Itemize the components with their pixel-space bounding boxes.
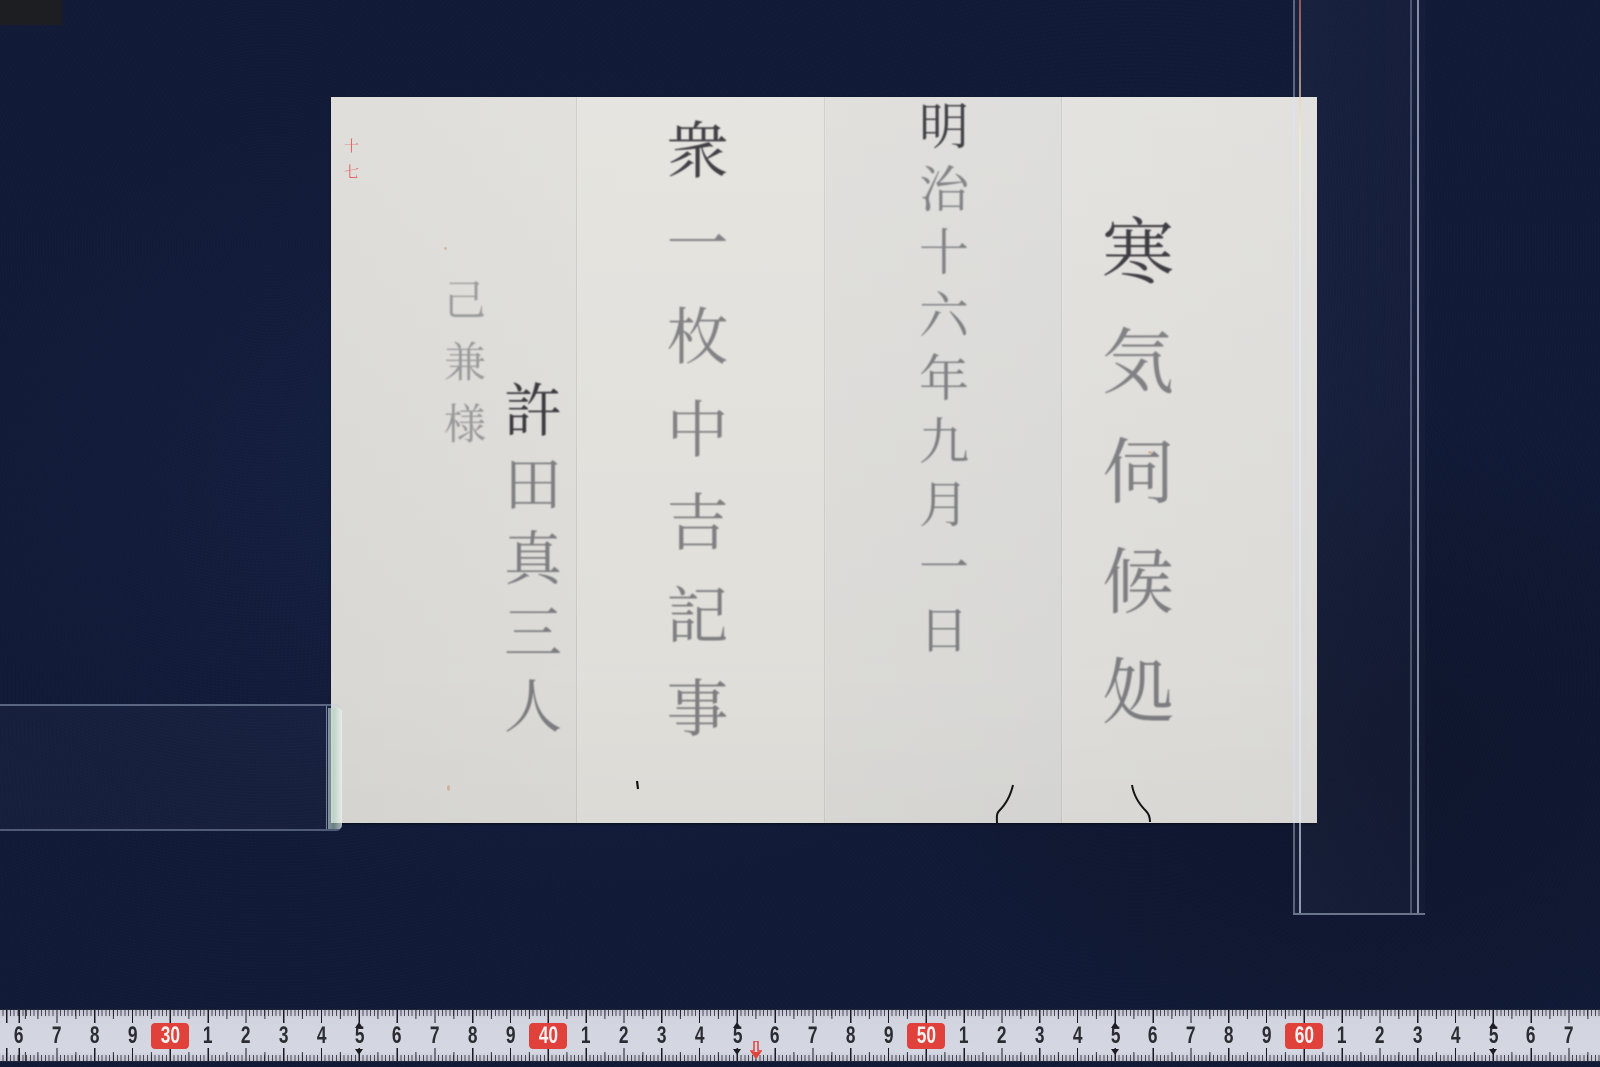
ruler-label: 9	[490, 1023, 530, 1049]
ruler-label: 50	[907, 1023, 945, 1049]
ruler-label: 7	[37, 1023, 77, 1049]
tear-mark	[1132, 785, 1150, 822]
ruler-label: 6	[0, 1023, 39, 1049]
ruler-label: 9	[112, 1023, 152, 1049]
ruler-label: 60	[1285, 1023, 1323, 1049]
ruler-label: 40	[529, 1023, 567, 1049]
ruler-half-meter-marker-icon	[1111, 1022, 1119, 1028]
ruler-label: 9	[1246, 1023, 1286, 1049]
ruler-label: 7	[1549, 1023, 1589, 1049]
ruler-label: 6	[377, 1023, 417, 1049]
ruler-label: 8	[453, 1023, 493, 1049]
ruler-half-meter-marker-icon	[733, 1049, 741, 1055]
ruler-label: 8	[831, 1023, 871, 1049]
ruler-label: 4	[301, 1023, 341, 1049]
ruler-label: 1	[1322, 1023, 1362, 1049]
ruler-half-meter-marker-icon	[1489, 1049, 1497, 1055]
ruler-half-meter-marker-icon	[1489, 1022, 1497, 1028]
ruler-label: 2	[982, 1023, 1022, 1049]
ruler-label: 2	[226, 1023, 266, 1049]
tear-mark	[997, 785, 1013, 823]
ruler-label: 6	[1511, 1023, 1551, 1049]
ruler-half-meter-marker-icon	[355, 1049, 363, 1055]
ruler-label: 1	[188, 1023, 228, 1049]
ruler-label: 30	[151, 1023, 189, 1049]
ruler-label: 2	[604, 1023, 644, 1049]
ruler-label: 7	[415, 1023, 455, 1049]
ruler-label: 4	[1435, 1023, 1475, 1049]
glass-weight-right	[1293, 0, 1425, 915]
ruler-half-meter-marker-icon	[1111, 1049, 1119, 1055]
ruler-label: 4	[679, 1023, 719, 1049]
ruler-label: 3	[1398, 1023, 1438, 1049]
ruler-label: 6	[1133, 1023, 1173, 1049]
ruler-label: 3	[1020, 1023, 1060, 1049]
glass-weight-left	[0, 704, 342, 831]
ruler-half-meter-marker-icon	[355, 1022, 363, 1028]
ruler-label: 8	[75, 1023, 115, 1049]
ruler-label: 4	[1057, 1023, 1097, 1049]
ruler-label: 9	[868, 1023, 908, 1049]
ruler-label: 8	[1209, 1023, 1249, 1049]
red-down-arrow-icon	[750, 1041, 762, 1059]
ruler-label: 2	[1360, 1023, 1400, 1049]
ruler-half-meter-marker-icon	[733, 1022, 741, 1028]
ruler-label: 7	[793, 1023, 833, 1049]
ruler-label: 1	[944, 1023, 984, 1049]
measuring-ruler: 6789301234567894012345678950123456789601…	[0, 1009, 1600, 1062]
ruler-label: 3	[264, 1023, 304, 1049]
ink-dot	[637, 781, 638, 789]
ruler-label: 3	[642, 1023, 682, 1049]
ruler-label: 7	[1171, 1023, 1211, 1049]
ruler-label: 1	[566, 1023, 606, 1049]
ruler-cm-ticks	[0, 1048, 1600, 1061]
